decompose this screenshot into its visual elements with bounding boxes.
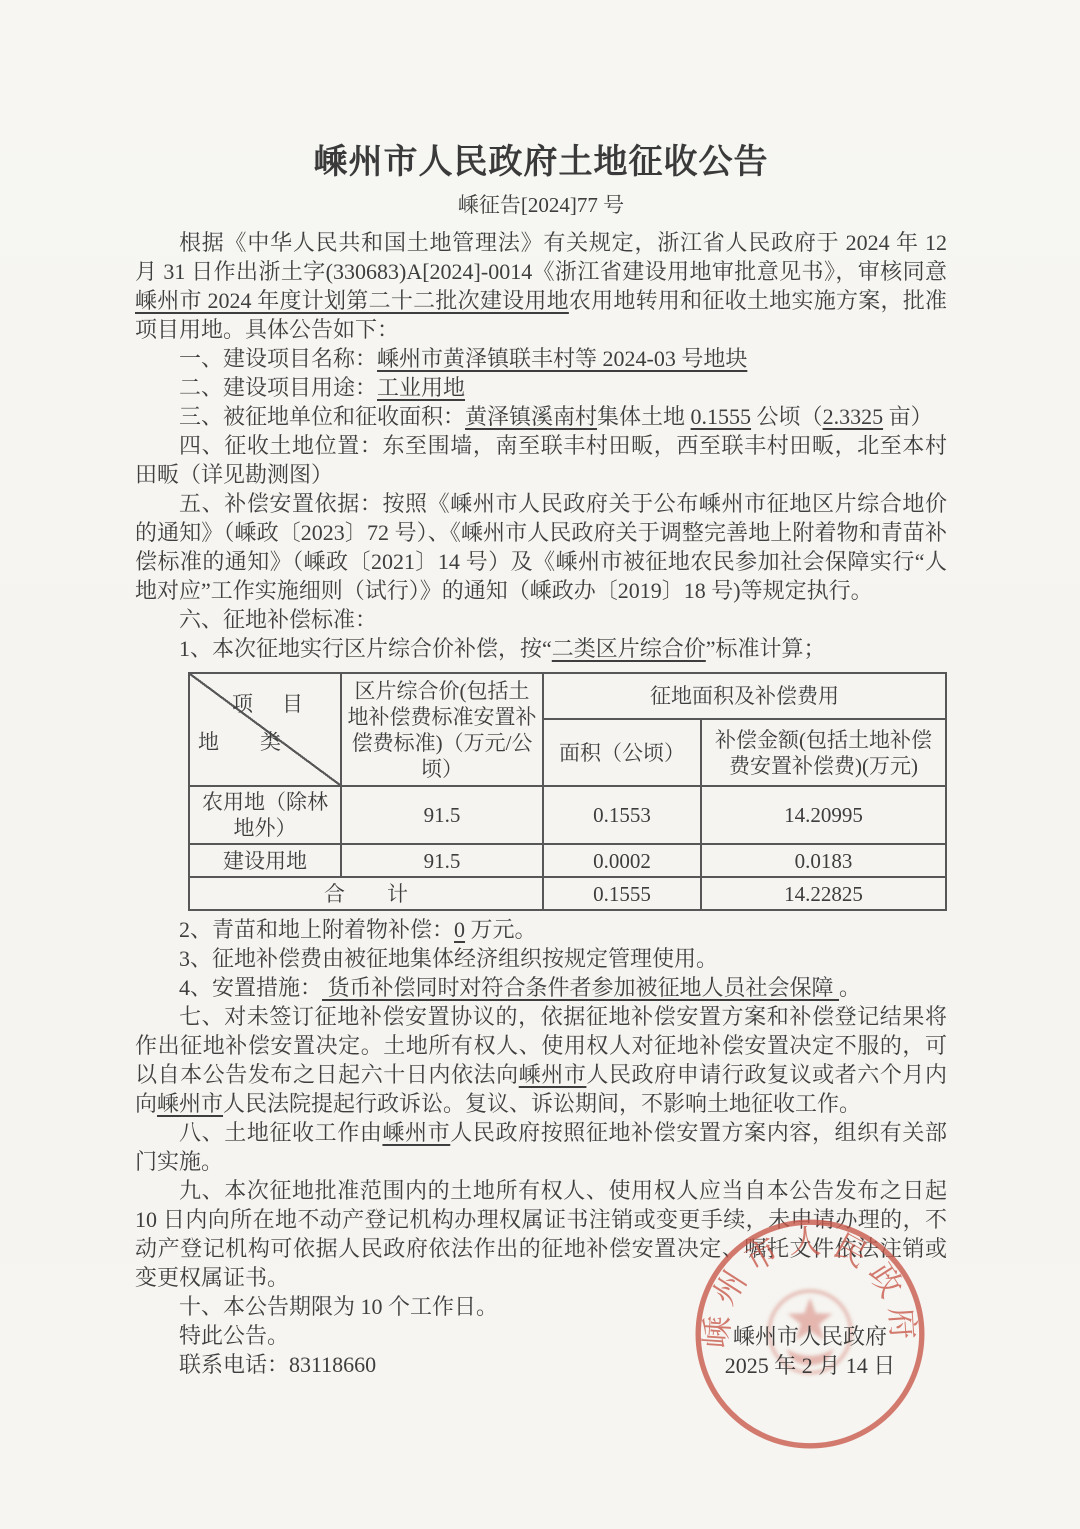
- cell-area: 0.0002: [543, 844, 701, 877]
- item-6-compensation-standard: 六、征地补偿标准：: [135, 605, 947, 634]
- corner-label-landtype: 地 类: [198, 729, 291, 755]
- text-segment: 五、补偿安置依据：按照《嵊州市人民政府关于公布嵊州市征地区片综合地价的通知》（嵊…: [135, 491, 947, 603]
- text-segment: 集体土地: [597, 404, 691, 429]
- text-segment: 六、征地补偿标准：: [179, 607, 377, 632]
- underlined-segment: 0.1555: [691, 404, 752, 429]
- sub-3-fund-management: 3、征地补偿费由被征地集体经济组织按规定管理使用。: [135, 944, 947, 973]
- item-5-compensation-basis: 五、补偿安置依据：按照《嵊州市人民政府关于公布嵊州市征地区片综合地价的通知》（嵊…: [135, 489, 947, 605]
- corner-cell: 项 目 地 类: [189, 673, 341, 786]
- cell-amount: 14.20995: [701, 786, 946, 844]
- column-header-area: 面积（公顷）: [543, 719, 701, 786]
- text-segment: 八、土地征收工作由: [179, 1120, 382, 1145]
- cell-area: 0.1553: [543, 786, 701, 844]
- text-segment: 4、安置措施：: [179, 975, 322, 1000]
- intro-paragraph: 根据《中华人民共和国土地管理法》有关规定，浙江省人民政府于 2024 年 12 …: [135, 228, 947, 344]
- cell-price: 91.5: [341, 844, 543, 877]
- text-segment: 一、建设项目名称：: [179, 346, 377, 371]
- underlined-segment: 黄泽镇溪南村: [465, 404, 597, 429]
- document-page: 嵊州市人民政府土地征收公告 嵊征告[2024]77 号 根据《中华人民共和国土地…: [0, 0, 1080, 1529]
- sub-2-crops-compensation: 2、青苗和地上附着物补偿：0 万元。: [135, 915, 947, 944]
- underlined-segment: 0: [454, 917, 465, 942]
- signature-block: 嵊州市人民政府 2025 年 2 月 14 日: [685, 1322, 935, 1380]
- text-segment: 万元。: [465, 917, 537, 942]
- item-1-project-name: 一、建设项目名称：嵊州市黄泽镇联丰村等 2024-03 号地块: [135, 344, 947, 373]
- doc-number: 嵊征告[2024]77 号: [135, 192, 947, 218]
- cell-price: 91.5: [341, 786, 543, 844]
- text-segment: 2、青苗和地上附着物补偿：: [179, 917, 454, 942]
- compensation-table: 项 目 地 类 区片综合价(包括土地补偿费标准安置补偿费标准)（万元/公顷） 征…: [188, 672, 947, 911]
- text-segment: 3、征地补偿费由被征地集体经济组织按规定管理使用。: [179, 946, 718, 971]
- column-header-amount: 补偿金额(包括土地补偿费安置补偿费)(万元): [701, 719, 946, 786]
- cell-landtype: 建设用地: [189, 844, 341, 877]
- page-title: 嵊州市人民政府土地征收公告: [135, 140, 947, 186]
- signature-authority: 嵊州市人民政府: [685, 1322, 935, 1351]
- document-content: 嵊州市人民政府土地征收公告 嵊征告[2024]77 号 根据《中华人民共和国土地…: [135, 140, 947, 1379]
- total-label: 合 计: [189, 877, 543, 910]
- text-segment: 1、本次征地实行区片综合价补偿，按“: [179, 636, 552, 661]
- item-3-land-area: 三、被征地单位和征收面积：黄泽镇溪南村集体土地 0.1555 公顷（2.3325…: [135, 402, 947, 431]
- column-header-price: 区片综合价(包括土地补偿费标准安置补偿费标准)（万元/公顷）: [341, 673, 543, 786]
- text-segment: 二、建设项目用途：: [179, 375, 377, 400]
- cell-amount: 0.0183: [701, 844, 946, 877]
- text-segment: 根据《中华人民共和国土地管理法》有关规定，浙江省人民政府于 2024 年 12 …: [135, 230, 947, 284]
- table-header-row-1: 项 目 地 类 区片综合价(包括土地补偿费标准安置补偿费标准)（万元/公顷） 征…: [189, 673, 946, 719]
- text-segment: 三、被征地单位和征收面积：: [179, 404, 465, 429]
- group-header-area-fees: 征地面积及补偿费用: [543, 673, 946, 719]
- underlined-segment: 嵊州市: [382, 1120, 450, 1145]
- item-2-project-use: 二、建设项目用途：工业用地: [135, 373, 947, 402]
- underlined-segment: 二类区片综合价: [552, 636, 706, 661]
- text-segment: 。: [839, 975, 861, 1000]
- cell-landtype: 农用地（除林地外）: [189, 786, 341, 844]
- item-4-location: 四、征收土地位置：东至围墙，南至联丰村田畈，西至联丰村田畈，北至本村田畈（详见勘…: [135, 431, 947, 489]
- text-segment: 人民法院提起行政诉讼。复议、诉讼期间，不影响土地征收工作。: [223, 1091, 861, 1116]
- text-segment: ”标准计算；: [706, 636, 826, 661]
- underlined-segment: 嵊州市: [519, 1062, 587, 1087]
- item-7-dispute-procedure: 七、对未签订征地补偿安置协议的，依据征地补偿安置方案和补偿登记结果将作出征地补偿…: [135, 1002, 947, 1118]
- underlined-segment: 嵊州市 2024 年度计划第二十二批次建设用地: [135, 288, 569, 313]
- text-segment: 四、征收土地位置：东至围墙，南至联丰村田畈，西至联丰村田畈，北至本村田畈（详见勘…: [135, 433, 947, 487]
- total-amount: 14.22825: [701, 877, 946, 910]
- text-segment: 十、本公告期限为 10 个工作日。: [179, 1294, 498, 1319]
- table-row-farmland: 农用地（除林地外） 91.5 0.1553 14.20995: [189, 786, 946, 844]
- table-row-construction-land: 建设用地 91.5 0.0002 0.0183: [189, 844, 946, 877]
- corner-label-item: 项 目: [232, 691, 307, 717]
- underlined-segment: 嵊州市: [157, 1091, 223, 1116]
- underlined-segment: 工业用地: [377, 375, 465, 400]
- sub-4-resettlement: 4、安置措施： 货币补偿同时对符合条件者参加被征地人员社会保障 。: [135, 973, 947, 1002]
- underlined-segment: 货币补偿同时对符合条件者参加被征地人员社会保障: [322, 975, 839, 1000]
- sub-1-price-basis: 1、本次征地实行区片综合价补偿，按“二类区片综合价”标准计算；: [135, 634, 947, 663]
- text-segment: 亩）: [883, 404, 933, 429]
- total-area: 0.1555: [543, 877, 701, 910]
- underlined-segment: 嵊州市黄泽镇联丰村等 2024-03 号地块: [377, 346, 747, 371]
- item-8-implementation: 八、土地征收工作由嵊州市人民政府按照征地补偿安置方案内容，组织有关部门实施。: [135, 1118, 947, 1176]
- text-segment: 公顷（: [751, 404, 823, 429]
- underlined-segment: 2.3325: [823, 404, 884, 429]
- table-row-total: 合 计 0.1555 14.22825: [189, 877, 946, 910]
- signature-date: 2025 年 2 月 14 日: [685, 1351, 935, 1380]
